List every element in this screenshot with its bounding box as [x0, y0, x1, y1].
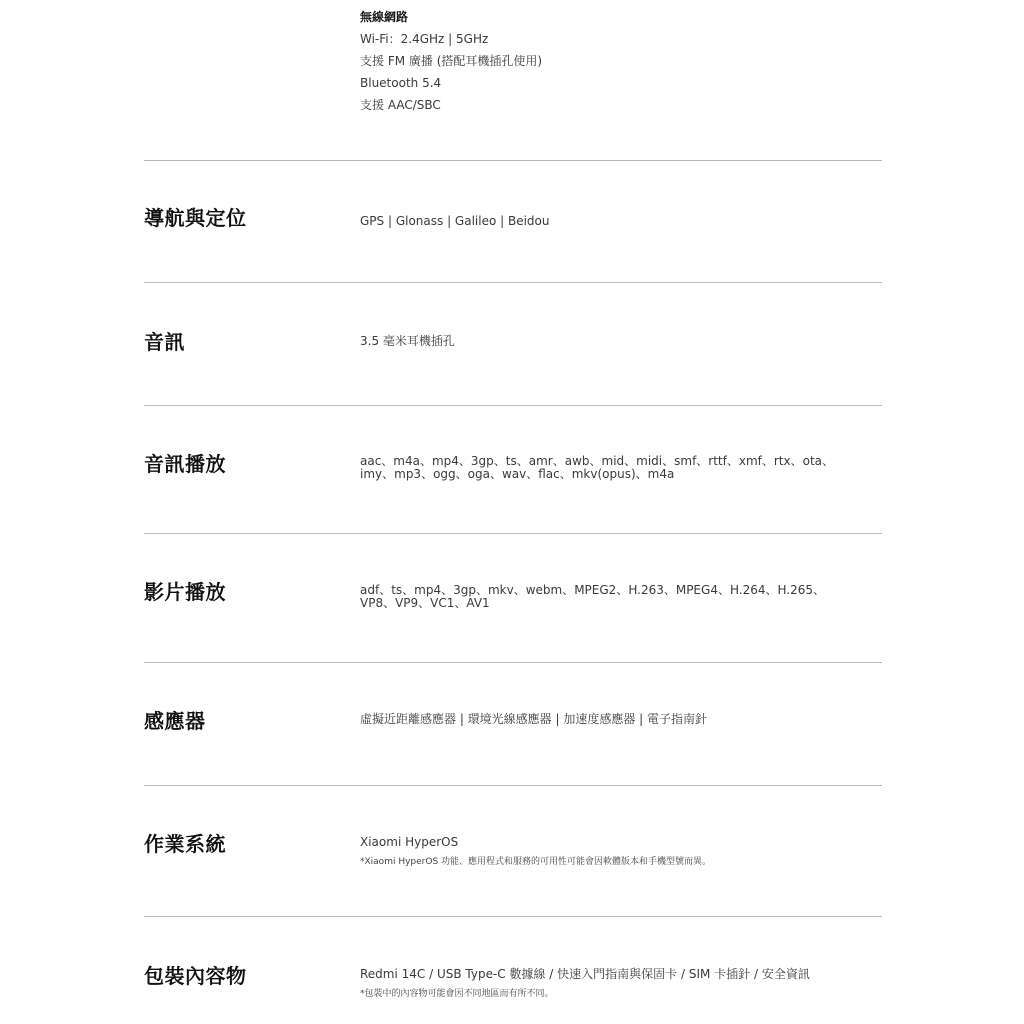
spec-value: aac、m4a、mp4、3gp、ts、amr、awb、mid、midi、smf、…	[360, 455, 880, 481]
spec-title: 影片播放	[144, 580, 226, 604]
spec-value: adf、ts、mp4、3gp、mkv、webm、MPEG2、H.263、MPEG…	[360, 584, 880, 610]
spec-line: GPS | Glonass | Galileo | Beidou	[360, 215, 880, 228]
spec-value: GPS | Glonass | Galileo | Beidou	[360, 215, 880, 228]
spec-title: 感應器	[144, 709, 206, 733]
divider	[144, 282, 882, 283]
spec-line: 虛擬近距離感應器 | 環境光線感應器 | 加速度感應器 | 電子指南針	[360, 713, 880, 726]
spec-value: 3.5 毫米耳機插孔	[360, 335, 880, 348]
spec-title: 作業系統	[144, 832, 226, 856]
wireless-spec-block: 無線網路 Wi-Fi：2.4GHz | 5GHz 支援 FM 廣播 (搭配耳機插…	[360, 6, 542, 116]
spec-title: 導航與定位	[144, 206, 247, 230]
divider	[144, 405, 882, 406]
spec-value: Redmi 14C / USB Type-C 數據線 / 快速入門指南與保固卡 …	[360, 968, 880, 1001]
spec-footnote: *包裝中的內容物可能會因不同地區而有所不同。	[360, 987, 880, 1001]
spec-title: 音訊	[144, 330, 185, 354]
codec-line: 支援 AAC/SBC	[360, 94, 542, 116]
spec-line: 3.5 毫米耳機插孔	[360, 335, 880, 348]
spec-line: Redmi 14C / USB Type-C 數據線 / 快速入門指南與保固卡 …	[360, 968, 880, 981]
spec-title: 包裝內容物	[144, 964, 247, 988]
fm-radio-line: 支援 FM 廣播 (搭配耳機插孔使用)	[360, 50, 542, 72]
wifi-line: Wi-Fi：2.4GHz | 5GHz	[360, 28, 542, 50]
spec-value: 虛擬近距離感應器 | 環境光線感應器 | 加速度感應器 | 電子指南針	[360, 713, 880, 726]
spec-line: VP8、VP9、VC1、AV1	[360, 597, 880, 610]
spec-footnote: *Xiaomi HyperOS 功能、應用程式和服務的可用性可能會因軟體版本和手…	[360, 855, 880, 869]
spec-line: Xiaomi HyperOS	[360, 836, 880, 849]
spec-value: Xiaomi HyperOS *Xiaomi HyperOS 功能、應用程式和服…	[360, 836, 880, 869]
divider	[144, 160, 882, 161]
bluetooth-line: Bluetooth 5.4	[360, 72, 542, 94]
divider	[144, 533, 882, 534]
divider	[144, 785, 882, 786]
divider	[144, 916, 882, 917]
spec-line: imy、mp3、ogg、oga、wav、flac、mkv(opus)、m4a	[360, 468, 880, 481]
spec-title: 音訊播放	[144, 452, 226, 476]
divider	[144, 662, 882, 663]
wireless-heading: 無線網路	[360, 6, 542, 28]
